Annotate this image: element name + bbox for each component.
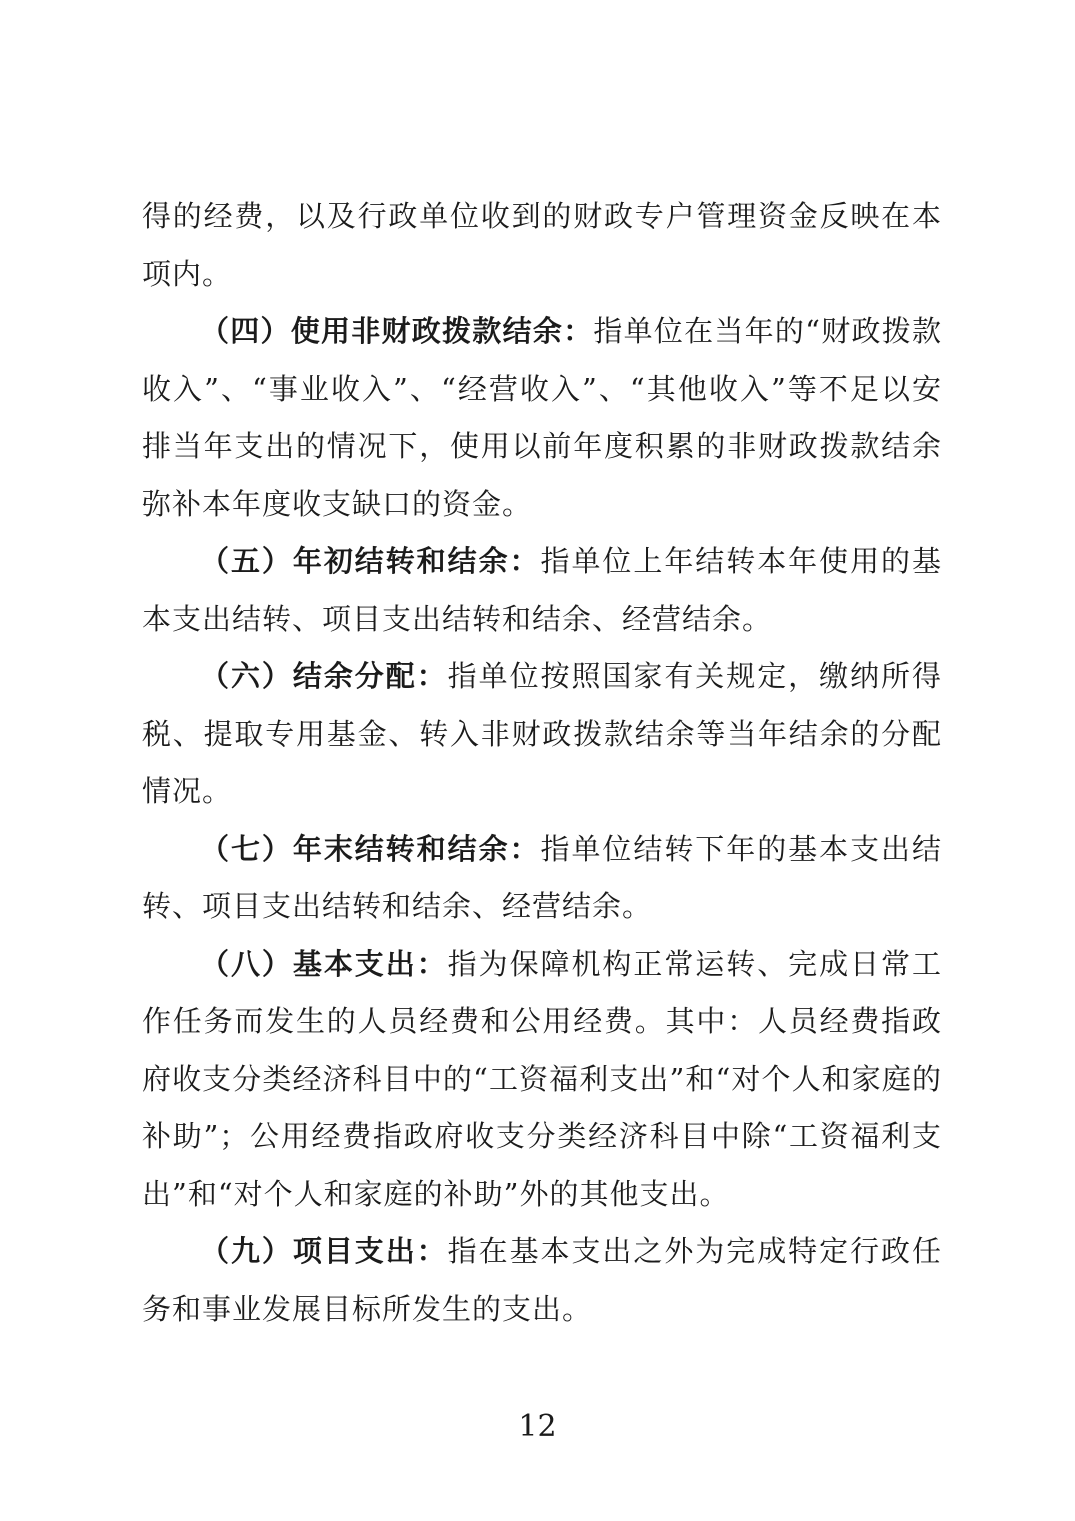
page-footer: 12 <box>0 1405 1075 1449</box>
term-label: （七）年末结转和结余： <box>200 832 541 866</box>
term-label: （六）结余分配： <box>200 659 448 693</box>
definition-paragraph: 得的经费，以及行政单位收到的财政专户管理资金反映在本项内。 <box>142 188 942 303</box>
document-page: 得的经费，以及行政单位收到的财政专户管理资金反映在本项内。（四）使用非财政拨款结… <box>0 0 1075 1521</box>
definition-paragraph: （九）项目支出：指在基本支出之外为完成特定行政任务和事业发展目标所发生的支出。 <box>142 1223 942 1338</box>
term-label: （五）年初结转和结余： <box>200 544 541 578</box>
term-definition: 得的经费，以及行政单位收到的财政专户管理资金反映在本项内。 <box>142 199 942 291</box>
definition-paragraph: （八）基本支出：指为保障机构正常运转、完成日常工作任务而发生的人员经费和公用经费… <box>142 936 942 1224</box>
term-label: （八）基本支出： <box>200 947 448 981</box>
definition-paragraph: （七）年末结转和结余：指单位结转下年的基本支出结转、项目支出结转和结余、经营结余… <box>142 821 942 936</box>
page-number: 12 <box>518 1405 556 1449</box>
term-definition: 指为保障机构正常运转、完成日常工作任务而发生的人员经费和公用经费。其中：人员经费… <box>142 947 942 1211</box>
term-label: （四）使用非财政拨款结余： <box>200 314 593 348</box>
paragraph-list: 得的经费，以及行政单位收到的财政专户管理资金反映在本项内。（四）使用非财政拨款结… <box>142 188 942 1338</box>
term-label: （九）项目支出： <box>200 1234 448 1268</box>
definition-paragraph: （六）结余分配：指单位按照国家有关规定，缴纳所得税、提取专用基金、转入非财政拨款… <box>142 648 942 821</box>
definition-paragraph: （四）使用非财政拨款结余：指单位在当年的“财政拨款收入”、“事业收入”、“经营收… <box>142 303 942 533</box>
definition-paragraph: （五）年初结转和结余：指单位上年结转本年使用的基本支出结转、项目支出结转和结余、… <box>142 533 942 648</box>
